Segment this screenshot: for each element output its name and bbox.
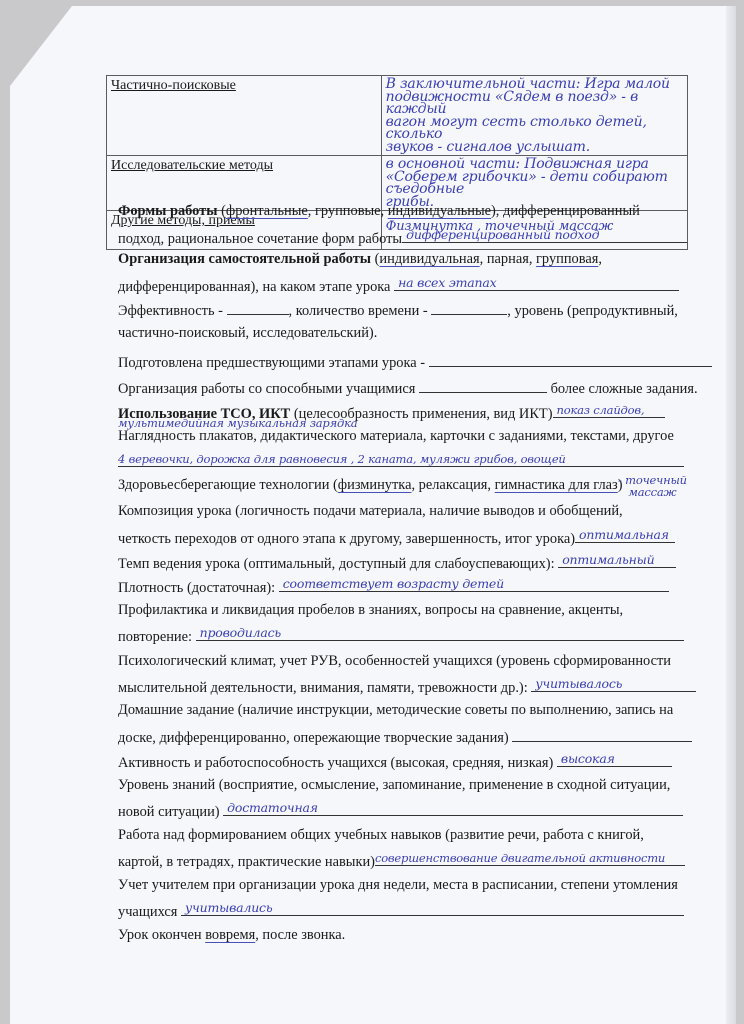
text: , количество времени - <box>289 303 432 319</box>
visuals-line: Наглядность плакатов, дидактического мат… <box>118 428 688 445</box>
capable-students-line: Организация работы со способными учащими… <box>118 378 688 398</box>
capable-students-field[interactable] <box>419 378 547 393</box>
text: Домашние задание (наличие инструкции, ме… <box>118 702 673 718</box>
text: учащихся <box>118 904 181 920</box>
table-row: Частично-поисковые В заключительной част… <box>107 76 688 156</box>
text: дифференцированная), на каком этапе урок… <box>118 279 390 295</box>
answer-field[interactable]: дифференцированный подход <box>402 228 687 243</box>
text: Активность и работоспособность учащихся … <box>118 755 557 771</box>
gaps-line2: повторение: проводилась <box>118 626 688 646</box>
prepared-field[interactable] <box>429 352 712 367</box>
handwritten-answer: проводилась <box>200 627 281 640</box>
gaps-line1: Профилактика и ликвидация пробелов в зна… <box>118 602 688 619</box>
time-field[interactable] <box>431 300 507 315</box>
tempo-line: Темп ведения урока (оптимальный, доступн… <box>118 553 688 573</box>
answer-field[interactable]: показ слайдов, <box>553 403 665 418</box>
text: , после звонка. <box>255 927 345 943</box>
text: Уровень знаний (восприятие, осмысление, … <box>118 777 670 793</box>
methods-table: Частично-поисковые В заключительной част… <box>106 75 688 250</box>
text: повторение: <box>118 629 196 645</box>
text: четкость переходов от одного этапа к дру… <box>118 531 575 547</box>
composition-line2: четкость переходов от одного этапа к дру… <box>118 528 688 548</box>
text: Темп ведения урока (оптимальный, доступн… <box>118 556 558 572</box>
text: Урок окончен <box>118 927 205 943</box>
text: Наглядность плакатов, дидактического мат… <box>118 428 674 444</box>
handwritten-margin-note: - точечный массаж <box>618 474 687 498</box>
handwritten-answer: высокая <box>561 753 615 766</box>
selected-option: индивидуальные <box>388 203 491 219</box>
text: Подготовлена предшествующими этапами уро… <box>118 355 429 371</box>
selected-option: физминутка <box>338 477 412 493</box>
section-title: Формы работы <box>118 203 218 219</box>
text: мыслительной деятельности, внимания, пам… <box>118 680 531 696</box>
text: , парная, <box>480 251 536 267</box>
efficiency-field[interactable] <box>227 300 289 315</box>
lesson-end-line: Урок окончен вовремя, после звонка. <box>118 927 688 944</box>
handwritten-answer: дифференцированный подход <box>406 229 599 242</box>
answer-field[interactable]: совершенствование двигательной активност… <box>375 851 685 866</box>
handwritten-answer: на всех этапах <box>398 277 496 290</box>
independent-work-line2: дифференцированная), на каком этапе урок… <box>118 276 688 296</box>
selected-option: групповая <box>536 251 598 267</box>
homework-field[interactable] <box>512 727 692 742</box>
text: ( <box>218 203 226 219</box>
handwritten-answer: соответствует возрасту детей <box>283 578 504 591</box>
schedule-line1: Учет учителем при организации урока дня … <box>118 877 688 894</box>
answer-line: звуков - сигналов услышат. <box>386 141 683 154</box>
answer-field[interactable]: 4 веревочки, дорожка для равновесия , 2 … <box>118 452 684 467</box>
climate-line1: Психологический климат, учет РУВ, особен… <box>118 653 688 670</box>
independent-work-line1: Организация самостоятельной работы (инди… <box>118 251 688 268</box>
text: Эффективность - <box>118 303 227 319</box>
skills-line1: Работа над формированием общих учебных н… <box>118 827 688 844</box>
efficiency-line2: частично-поисковый, исследовательский). <box>118 325 688 342</box>
answer-field[interactable]: высокая <box>557 752 672 767</box>
selected-option: фронтальные <box>226 203 308 219</box>
answer-field[interactable]: соответствует возрасту детей <box>279 577 669 592</box>
answer-field[interactable]: оптимальный <box>558 553 676 568</box>
answer-line: вагон могут сесть столько детей, сколько <box>386 116 683 141</box>
handwritten-answer: учитывалось <box>535 678 622 691</box>
text: частично-поисковый, исследовательский). <box>118 325 377 341</box>
text: , групповые, <box>308 203 388 219</box>
handwritten-answer: совершенствование двигательной активност… <box>375 852 665 865</box>
answer-field[interactable]: проводилась <box>196 626 684 641</box>
density-line: Плотность (достаточная): соответствует в… <box>118 577 688 597</box>
handwritten-answer: оптимальный <box>562 554 654 567</box>
text: , <box>598 251 602 267</box>
text: Организация работы со способными учащими… <box>118 381 415 397</box>
text: ), дифференцированный <box>491 203 640 219</box>
section-title: Организация самостоятельной работы <box>118 251 371 267</box>
health-line: Здоровьесберегающие технологии (физминут… <box>118 477 688 494</box>
text: Учет учителем при организации урока дня … <box>118 877 678 893</box>
forms-of-work-line1: Формы работы (фронтальные, групповые, ин… <box>118 203 688 220</box>
text: новой ситуации) <box>118 804 223 820</box>
handwritten-answer: учитывались <box>185 902 272 915</box>
answer-line: подвижности «Сядем в поезд» - в каждый <box>386 91 683 116</box>
text: , уровень (репродуктивный, <box>507 303 678 319</box>
selected-option: индивидуальная <box>379 251 479 267</box>
homework-line2: доске, дифференцированно, опережающие тв… <box>118 727 688 747</box>
document-content: Частично-поисковые В заключительной част… <box>0 0 744 1024</box>
selected-option: вовремя <box>205 927 255 943</box>
visuals-answer-line: 4 веревочки, дорожка для равновесия , 2 … <box>118 452 688 472</box>
efficiency-line1: Эффективность - , количество времени - ,… <box>118 300 688 320</box>
text: картой, в тетрадях, практические навыки) <box>118 854 375 870</box>
text: Плотность (достаточная): <box>118 580 279 596</box>
handwritten-answer: достаточная <box>227 802 318 815</box>
text: Здоровьесберегающие технологии ( <box>118 477 338 493</box>
knowledge-line1: Уровень знаний (восприятие, осмысление, … <box>118 777 688 794</box>
answer-field[interactable]: учитывалось <box>531 677 696 692</box>
answer-field[interactable]: учитывались <box>181 901 684 916</box>
forms-of-work-line2: подход, рациональное сочетание форм рабо… <box>118 228 688 248</box>
selected-option: гимнастика для глаз <box>495 477 618 493</box>
text: доске, дифференцированно, опережающие тв… <box>118 730 512 746</box>
composition-line1: Композиция урока (логичность подачи мате… <box>118 503 688 520</box>
skills-line2: картой, в тетрадях, практические навыки)… <box>118 851 688 871</box>
text: Работа над формированием общих учебных н… <box>118 827 644 843</box>
answer-line: «Соберем грибочки» - дети собирают съедо… <box>386 171 683 196</box>
handwritten-answer: 4 веревочки, дорожка для равновесия , 2 … <box>118 453 566 466</box>
text: подход, рациональное сочетание форм рабо… <box>118 231 402 247</box>
text: более сложные задания. <box>551 381 698 397</box>
text: Композиция урока (логичность подачи мате… <box>118 503 623 519</box>
note-line: массаж <box>618 486 687 498</box>
handwritten-answer: оптимальная <box>579 529 669 542</box>
method-label: Частично-поисковые <box>107 76 382 156</box>
activity-line: Активность и работоспособность учащихся … <box>118 752 688 772</box>
answer-field[interactable]: на всех этапах <box>394 276 679 291</box>
text: Профилактика и ликвидация пробелов в зна… <box>118 602 623 618</box>
homework-line1: Домашние задание (наличие инструкции, ме… <box>118 702 688 719</box>
answer-field[interactable]: оптимальная <box>575 528 675 543</box>
text: Психологический климат, учет РУВ, особен… <box>118 653 671 669</box>
answer-field[interactable]: достаточная <box>223 801 683 816</box>
method-answer: В заключительной части: Игра малой подви… <box>381 76 687 156</box>
schedule-line2: учащихся учитывались <box>118 901 688 921</box>
handwritten-answer: показ слайдов, <box>557 404 645 417</box>
climate-line2: мыслительной деятельности, внимания, пам… <box>118 677 688 697</box>
knowledge-line2: новой ситуации) достаточная <box>118 801 688 821</box>
text: , релаксация, <box>411 477 494 493</box>
prepared-line: Подготовлена предшествующими этапами уро… <box>118 352 688 372</box>
